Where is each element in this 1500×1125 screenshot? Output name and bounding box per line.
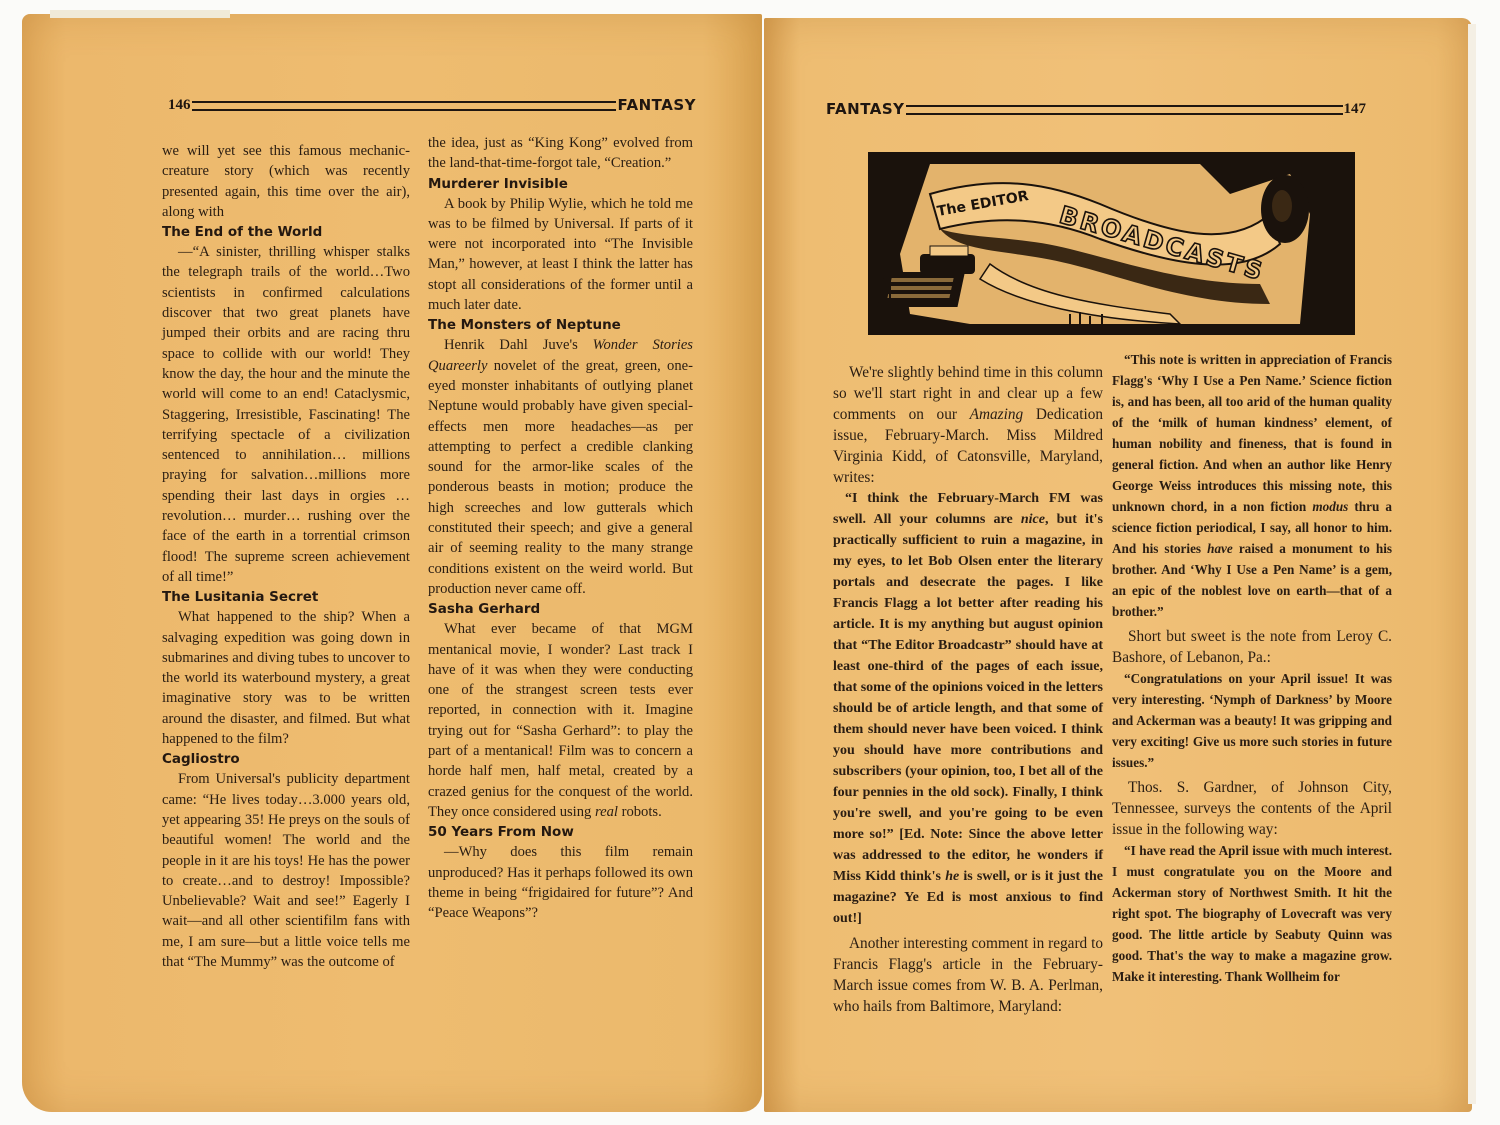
left-column-2: the idea, just as “King Kong” evolved fr… <box>428 133 693 923</box>
right-column-1: We're slightly behind time in this colum… <box>833 358 1103 1017</box>
header-rule <box>192 101 617 111</box>
emphasis: he <box>945 869 959 884</box>
text: “This note is written in appreciation of… <box>1112 352 1392 514</box>
paragraph: From Universal's publicity department ca… <box>162 769 410 972</box>
emphasis: have <box>1207 541 1233 556</box>
emphasis: modus <box>1312 499 1348 514</box>
paragraph: Another interesting comment in regard to… <box>833 933 1103 1017</box>
paragraph: the idea, just as “King Kong” evolved fr… <box>428 133 693 174</box>
section-heading: 50 Years From Now <box>428 822 693 842</box>
letter-quote: “I have read the April issue with much i… <box>1112 840 1392 987</box>
section-heading: The Lusitania Secret <box>162 587 410 607</box>
paragraph: —Why does this film remain unproduced? H… <box>428 842 693 923</box>
magazine-name: FANTASY <box>617 96 696 114</box>
section-heading: The Monsters of Neptune <box>428 315 693 335</box>
page-number: 146 <box>168 97 191 114</box>
text: What ever became of that MGM mentanical … <box>428 621 693 820</box>
text: robots. <box>618 804 662 820</box>
section-heading: Murderer Invisible <box>428 174 693 194</box>
section-heading: Cagliostro <box>162 749 410 769</box>
text: novelet of the great, green, one-eyed mo… <box>428 358 693 597</box>
magazine-spread: 146 FANTASY we will yet see this famous … <box>0 0 1500 1125</box>
paragraph: We're slightly behind time in this colum… <box>833 362 1103 488</box>
letter-quote: “Congratulations on your April issue! It… <box>1112 668 1392 773</box>
page-number: 147 <box>1344 101 1367 118</box>
letter-quote: “I think the February-March FM was swell… <box>833 488 1103 929</box>
paragraph: we will yet see this famous mechanic-cre… <box>162 141 410 222</box>
section-heading: The End of the World <box>162 222 410 242</box>
text: , but it's practically sufficient to rui… <box>833 512 1103 884</box>
paragraph: Henrik Dahl Juve's Wonder Stories Quaree… <box>428 335 693 599</box>
emphasis: nice <box>1021 512 1045 527</box>
running-head-left: 146 FANTASY <box>168 96 696 114</box>
emphasis: real <box>595 804 618 820</box>
running-head-right: FANTASY 147 <box>826 100 1366 118</box>
paragraph: Thos. S. Gardner, of Johnson City, Tenne… <box>1112 777 1392 840</box>
magazine-name: FANTASY <box>826 100 905 118</box>
left-column-1: we will yet see this famous mechanic-cre… <box>162 141 410 972</box>
header-rule <box>906 105 1343 115</box>
letter-quote: “This note is written in appreciation of… <box>1112 349 1392 622</box>
paragraph: Short but sweet is the note from Leroy C… <box>1112 626 1392 668</box>
paragraph: What happened to the ship? When a salvag… <box>162 607 410 749</box>
section-heading: Sasha Gerhard <box>428 599 693 619</box>
paragraph: A book by Philip Wylie, which he told me… <box>428 194 693 316</box>
text: Henrik Dahl Juve's <box>444 337 593 353</box>
page-edge <box>1468 24 1476 1104</box>
editor-broadcasts-banner: The EDITOR BROADCASTS <box>868 152 1355 335</box>
magazine-title: Amazing <box>970 406 1024 423</box>
paragraph: —“A sinister, thrilling whisper stalks t… <box>162 242 410 587</box>
torn-edge <box>50 10 230 18</box>
paragraph: What ever became of that MGM mentanical … <box>428 619 693 822</box>
right-column-2: “This note is written in appreciation of… <box>1112 349 1392 987</box>
